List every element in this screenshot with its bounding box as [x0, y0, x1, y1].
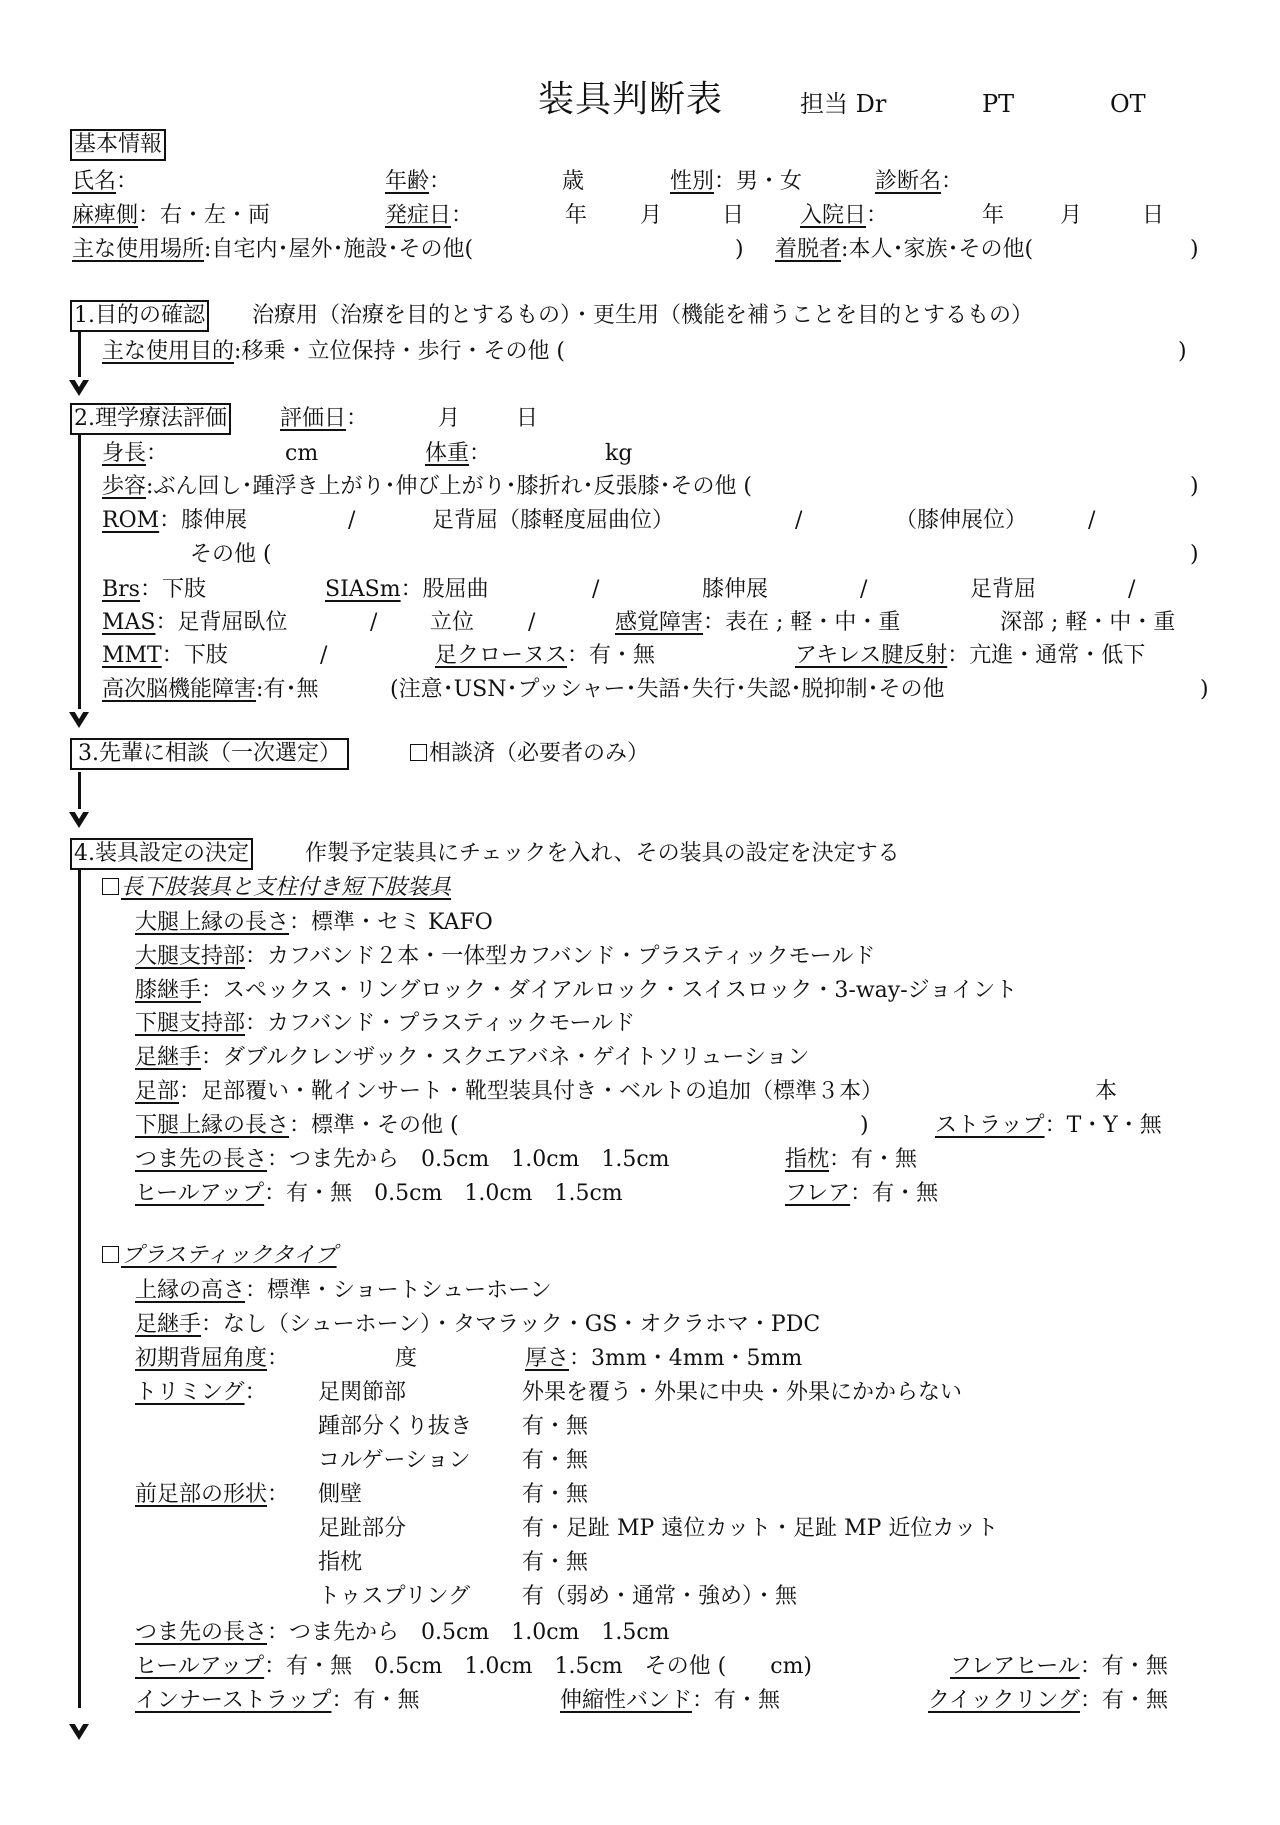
trimming-value[interactable]: 有・無 — [522, 1413, 588, 1441]
kafo-row[interactable]: 下腿支持部：カフバンド・プラスティックモールド — [135, 1010, 635, 1038]
kafo-row[interactable]: つま先の長さ：つま先から 0.5cm 1.0cm 1.5cm — [135, 1146, 670, 1174]
checkbox-icon — [102, 878, 119, 895]
sensory-field[interactable]: 感覚障害：表在 ; 軽・中・重 — [615, 609, 900, 637]
ankle-joint-field[interactable]: 足継手：なし（シューホーン）・タマラック・GS・オクラホマ・PDC — [135, 1311, 820, 1339]
weight-field[interactable]: 体重： — [425, 440, 491, 468]
siasm-field[interactable]: SIASm：股屈曲 — [325, 576, 489, 604]
plastic-checkbox[interactable]: プラスティックタイプ — [102, 1242, 337, 1270]
mas-standing: 立位 — [430, 609, 474, 637]
rom-slash: / — [348, 507, 355, 535]
forefoot-item: 側壁 — [318, 1481, 362, 1509]
rom-slash: / — [795, 507, 802, 535]
eval-day: 日 — [516, 405, 538, 433]
forefoot-value[interactable]: 有・無 — [522, 1481, 588, 1509]
forefoot-item: 指枕 — [318, 1549, 362, 1577]
checkbox-icon — [410, 744, 427, 761]
gait-close: ) — [1190, 473, 1199, 501]
onset-year: 年 — [565, 202, 587, 230]
brs-field[interactable]: Brs：下肢 — [102, 576, 206, 604]
clonus-field[interactable]: 足クローヌス：有・無 — [435, 642, 655, 670]
mas-slash: / — [528, 609, 535, 637]
main-use-field[interactable]: 主な使用目的:移乗・立位保持・歩行・その他 ( — [102, 338, 565, 366]
elastic-band-field[interactable]: 伸縮性バンド：有・無 — [560, 1687, 780, 1715]
belt-count-unit: 本 — [1095, 1078, 1117, 1106]
flare-field[interactable]: フレア：有・無 — [785, 1180, 938, 1208]
usage-place-close: ) — [735, 236, 744, 264]
mas-field[interactable]: MAS：足背屈臥位 — [102, 609, 288, 637]
trimming-value[interactable]: 有・無 — [522, 1447, 588, 1475]
kafo-row[interactable]: 足部：足部覆い・靴インサート・靴型装具付き・ベルトの追加（標準３本） — [135, 1078, 883, 1106]
section-4-instruction: 作製予定装具にチェックを入れ、その装具の設定を決定する — [305, 840, 900, 868]
section-1-heading: 1.目的の確認 — [70, 300, 209, 332]
kafo-row[interactable]: ヒールアップ：有・無 0.5cm 1.0cm 1.5cm — [135, 1180, 623, 1208]
higher-brain-detail[interactable]: (注意･USN･プッシャー･失語･失行･失認･脱抑制･その他 — [390, 676, 944, 704]
lower-leg-close: ) — [860, 1112, 869, 1140]
weight-unit: kg — [605, 440, 632, 468]
forefoot-value[interactable]: 有・足趾 MP 遠位カット・足趾 MP 近位カット — [522, 1515, 998, 1543]
flow-line-1 — [78, 330, 81, 380]
onset-day: 日 — [722, 202, 744, 230]
donning-field[interactable]: 着脱者:本人･家族･その他( — [775, 236, 1033, 264]
initial-df-angle-field[interactable]: 初期背屈角度： — [135, 1345, 289, 1373]
mas-slash: / — [370, 609, 377, 637]
height-unit: cm — [285, 440, 318, 468]
upper-edge-field[interactable]: 上縁の高さ：標準・ショートシューホーン — [135, 1277, 552, 1305]
main-use-close: ) — [1178, 338, 1187, 366]
kafo-row[interactable]: 大腿上縁の長さ：標準・セミ KAFO — [135, 909, 493, 937]
pt-label: PT — [982, 90, 1014, 118]
toe-length-field[interactable]: つま先の長さ：つま先から 0.5cm 1.0cm 1.5cm — [135, 1619, 670, 1647]
kafo-row[interactable]: 大腿支持部：カフバンド２本・一体型カフバンド・プラスティックモールド — [135, 943, 875, 971]
section-2-heading: 2.理学療法評価 — [70, 403, 231, 435]
thickness-field[interactable]: 厚さ：3mm・4mm・5mm — [525, 1345, 802, 1373]
usage-place-field[interactable]: 主な使用場所:自宅内･屋外･施設･その他( — [72, 236, 473, 264]
kafo-row[interactable]: 足継手：ダブルクレンザック・スクエアバネ・ゲイトソリューション — [135, 1044, 809, 1072]
onset-date-field[interactable]: 発症日： — [385, 202, 473, 230]
name-field[interactable]: 氏名： — [72, 168, 138, 196]
admission-date-field[interactable]: 入院日： — [800, 202, 888, 230]
forefoot-label: 前足部の形状： — [135, 1481, 289, 1509]
eval-month: 月 — [438, 405, 460, 433]
kafo-checkbox[interactable]: 長下肢装具と支柱付き短下肢装具 — [102, 874, 451, 902]
forefoot-value[interactable]: 有（弱め・通常・強め）・無 — [522, 1583, 797, 1611]
higher-brain-close: ) — [1200, 676, 1209, 704]
forefoot-item: トゥスプリング — [318, 1583, 470, 1611]
trimming-item: 足関節部 — [318, 1379, 406, 1407]
ot-label: OT — [1110, 90, 1146, 118]
rom-knee-ext-pos: （膝伸展位） — [895, 507, 1027, 535]
sex-field[interactable]: 性別：男・女 — [670, 168, 802, 196]
trimming-item: 踵部分くり抜き — [318, 1413, 472, 1441]
mmt-field[interactable]: MMT：下肢 — [102, 642, 228, 670]
siasm-ankle: 足背屈 — [970, 576, 1036, 604]
dr-label: Dr — [856, 90, 887, 118]
staff-label: 担当 Dr — [800, 90, 886, 118]
trimming-item: コルゲーション — [318, 1447, 471, 1475]
admission-month: 月 — [1060, 202, 1082, 230]
age-unit: 歳 — [562, 168, 584, 196]
consulted-checkbox[interactable]: 相談済（必要者のみ） — [410, 740, 649, 768]
achilles-field[interactable]: アキレス腱反射：亢進・通常・低下 — [795, 642, 1145, 670]
height-field[interactable]: 身長： — [102, 440, 168, 468]
eval-date-field[interactable]: 評価日： — [280, 405, 368, 433]
mmt-slash: / — [320, 642, 327, 670]
flow-line-4 — [78, 868, 81, 1708]
siasm-slash: / — [1128, 576, 1135, 604]
siasm-slash: / — [592, 576, 599, 604]
trimming-value[interactable]: 外果を覆う・外果に中央・外果にかからない — [522, 1379, 962, 1407]
rom-other-field[interactable]: その他 ( — [190, 541, 272, 569]
rom-other-close: ) — [1190, 541, 1199, 569]
higher-brain-field[interactable]: 高次脳機能障害:有･無 — [102, 676, 318, 704]
form-title: 装具判断表 — [538, 78, 723, 122]
rom-field[interactable]: ROM：膝伸展 — [102, 507, 247, 535]
toe-pillow-field[interactable]: 指枕：有・無 — [785, 1146, 917, 1174]
section-4-heading: 4.装具設定の決定 — [70, 838, 253, 870]
quick-ring-field[interactable]: クイックリング：有・無 — [928, 1687, 1168, 1715]
gait-field[interactable]: 歩容:ぶん回し･踵浮き上がり･伸び上がり･膝折れ･反張膝･その他 ( — [102, 473, 752, 501]
rom-ankle-df: 足背屈（膝軽度屈曲位） — [432, 507, 674, 535]
rom-slash: / — [1088, 507, 1095, 535]
flow-line-3 — [78, 772, 81, 812]
angle-unit: 度 — [395, 1345, 417, 1373]
paralysis-side-field[interactable]: 麻痺側：右・左・両 — [72, 202, 270, 230]
flare-heel-field[interactable]: フレアヒール：有・無 — [950, 1653, 1168, 1681]
admission-year: 年 — [982, 202, 1004, 230]
admission-day: 日 — [1142, 202, 1164, 230]
kafo-row[interactable]: 膝継手：スペックス・リングロック・ダイアルロック・スイスロック・3-way-ジョ… — [135, 977, 1017, 1005]
basic-info-heading: 基本情報 — [70, 129, 166, 161]
age-field[interactable]: 年齢： — [385, 168, 451, 196]
onset-month: 月 — [640, 202, 662, 230]
kafo-row[interactable]: 下腿上縁の長さ：標準・その他 ( — [135, 1112, 459, 1140]
section-3-heading: 3.先輩に相談（一次選定） — [70, 738, 349, 770]
forefoot-value[interactable]: 有・無 — [522, 1549, 588, 1577]
siasm-knee: 膝伸展 — [702, 576, 768, 604]
purpose-text[interactable]: 治療用（治療を目的とするもの）・更生用（機能を補うことを目的とするもの） — [252, 302, 1033, 330]
inner-strap-field[interactable]: インナーストラップ：有・無 — [135, 1687, 420, 1715]
diagnosis-field[interactable]: 診断名： — [875, 168, 963, 196]
donning-close: ) — [1190, 236, 1199, 264]
trimming-label: トリミング： — [135, 1379, 267, 1407]
heel-up-field[interactable]: ヒールアップ：有・無 0.5cm 1.0cm 1.5cm その他 ( cm) — [135, 1653, 812, 1681]
flow-line-2 — [78, 430, 81, 712]
strap-field[interactable]: ストラップ：T・Y・無 — [935, 1112, 1162, 1140]
sensory-deep[interactable]: 深部 ; 軽・中・重 — [1000, 609, 1175, 637]
forefoot-item: 足趾部分 — [318, 1515, 406, 1543]
siasm-slash: / — [860, 576, 867, 604]
checkbox-icon — [102, 1246, 119, 1263]
